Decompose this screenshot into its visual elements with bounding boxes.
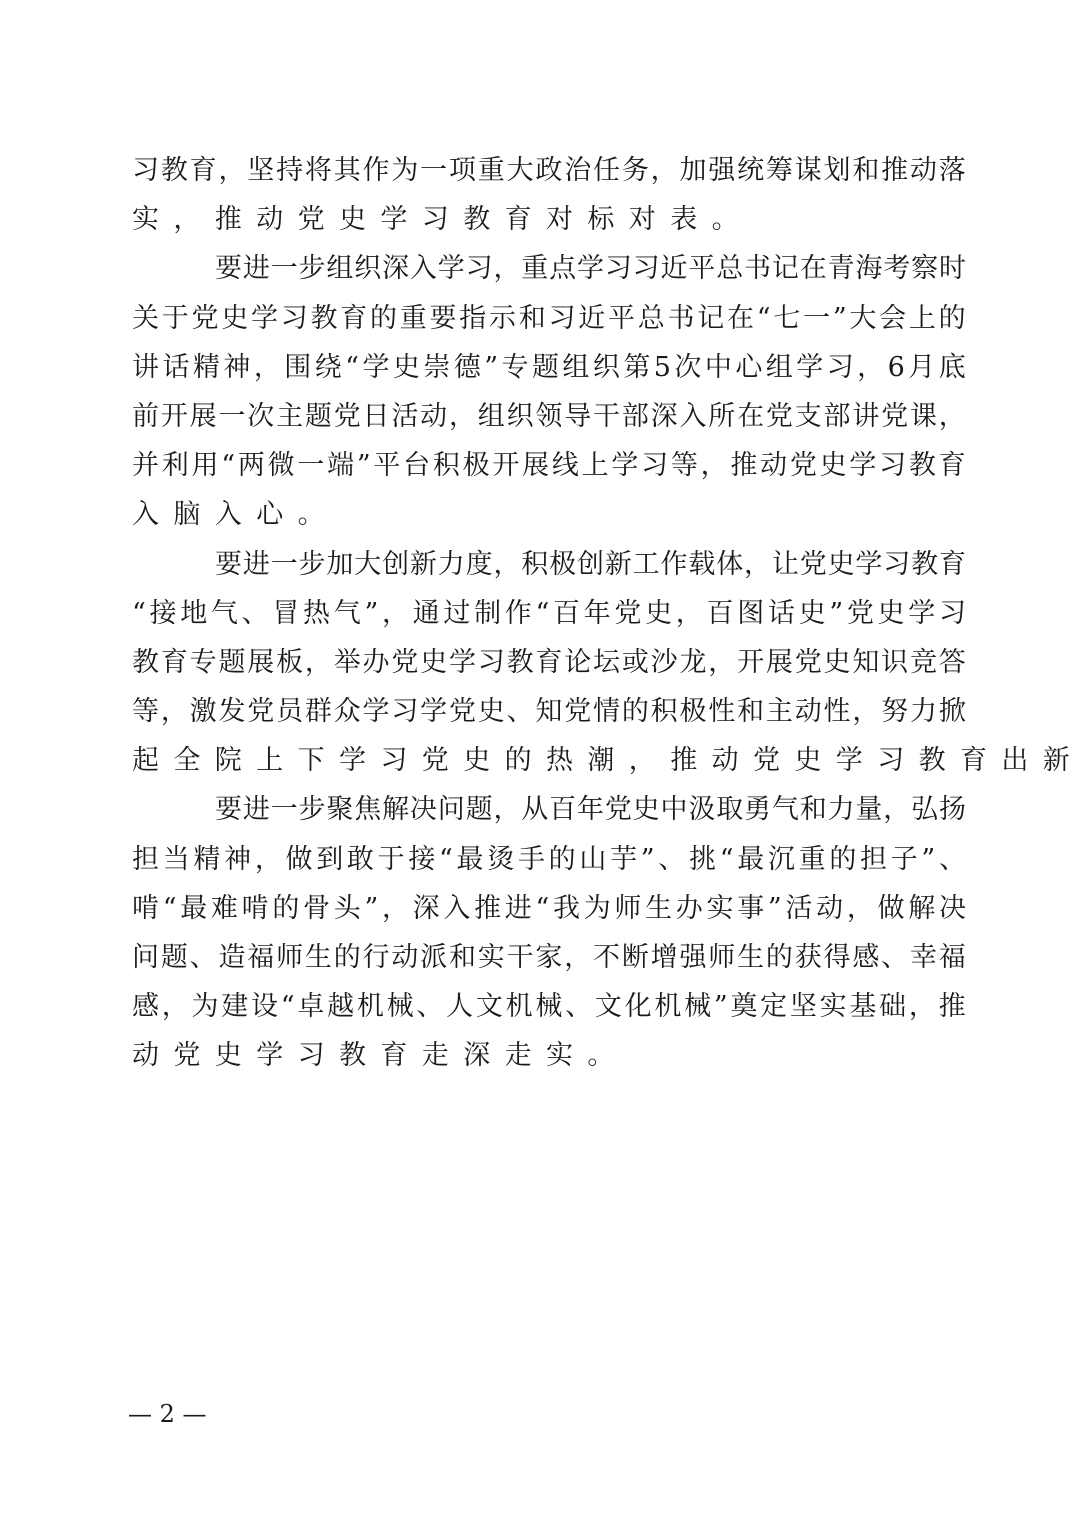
text-line: 要进一步聚焦解决问题，从百年党史中汲取勇气和力量，弘扬: [132, 785, 966, 834]
text-line: 关于党史学习教育的重要指示和习近平总书记在“七一”大会上的: [132, 294, 966, 343]
paragraph-2: 要进一步组织深入学习，重点学习习近平总书记在青海考察时 关于党史学习教育的重要指…: [132, 244, 966, 539]
text-line: 动党史学习教育走深走实。: [132, 1031, 966, 1080]
text-line: 入脑入心。: [132, 490, 966, 539]
page-number: — 2 —: [128, 1398, 207, 1430]
paragraph-4: 要进一步聚焦解决问题，从百年党史中汲取勇气和力量，弘扬 担当精神，做到敢于接“最…: [132, 785, 966, 1080]
paragraph-3: 要进一步加大创新力度，积极创新工作载体，让党史学习教育 “接地气、冒热气”，通过…: [132, 540, 966, 786]
text-line: 习教育，坚持将其作为一项重大政治任务，加强统筹谋划和推动落: [132, 146, 966, 195]
text-line: 起全院上下学习党史的热潮，推动党史学习教育出新出彩。: [132, 736, 966, 785]
text-line: 担当精神，做到敢于接“最烫手的山芋”、挑“最沉重的担子”、: [132, 835, 966, 884]
text-line: 教育专题展板，举办党史学习教育论坛或沙龙，开展党史知识竞答: [132, 638, 966, 687]
paragraph-1: 习教育，坚持将其作为一项重大政治任务，加强统筹谋划和推动落 实，推动党史学习教育…: [132, 146, 966, 244]
text-line: 讲话精神，围绕“学史崇德”专题组织第5次中心组学习，6月底: [132, 343, 966, 392]
text-line: 啃“最难啃的骨头”，深入推进“我为师生办实事”活动，做解决: [132, 884, 966, 933]
text-line: 问题、造福师生的行动派和实干家，不断增强师生的获得感、幸福: [132, 933, 966, 982]
text-line: 实，推动党史学习教育对标对表。: [132, 195, 966, 244]
text-line: 要进一步组织深入学习，重点学习习近平总书记在青海考察时: [132, 244, 966, 293]
text-line: “接地气、冒热气”，通过制作“百年党史，百图话史”党史学习: [132, 589, 966, 638]
text-line: 等，激发党员群众学习学党史、知党情的积极性和主动性，努力掀: [132, 687, 966, 736]
text-line: 感，为建设“卓越机械、人文机械、文化机械”奠定坚实基础，推: [132, 982, 966, 1031]
text-line: 前开展一次主题党日活动，组织领导干部深入所在党支部讲党课，: [132, 392, 966, 441]
text-line: 并利用“两微一端”平台积极开展线上学习等，推动党史学习教育: [132, 441, 966, 490]
document-body: 习教育，坚持将其作为一项重大政治任务，加强统筹谋划和推动落 实，推动党史学习教育…: [132, 146, 966, 1081]
document-page: 习教育，坚持将其作为一项重大政治任务，加强统筹谋划和推动落 实，推动党史学习教育…: [0, 0, 1080, 1514]
text-line: 要进一步加大创新力度，积极创新工作载体，让党史学习教育: [132, 540, 966, 589]
